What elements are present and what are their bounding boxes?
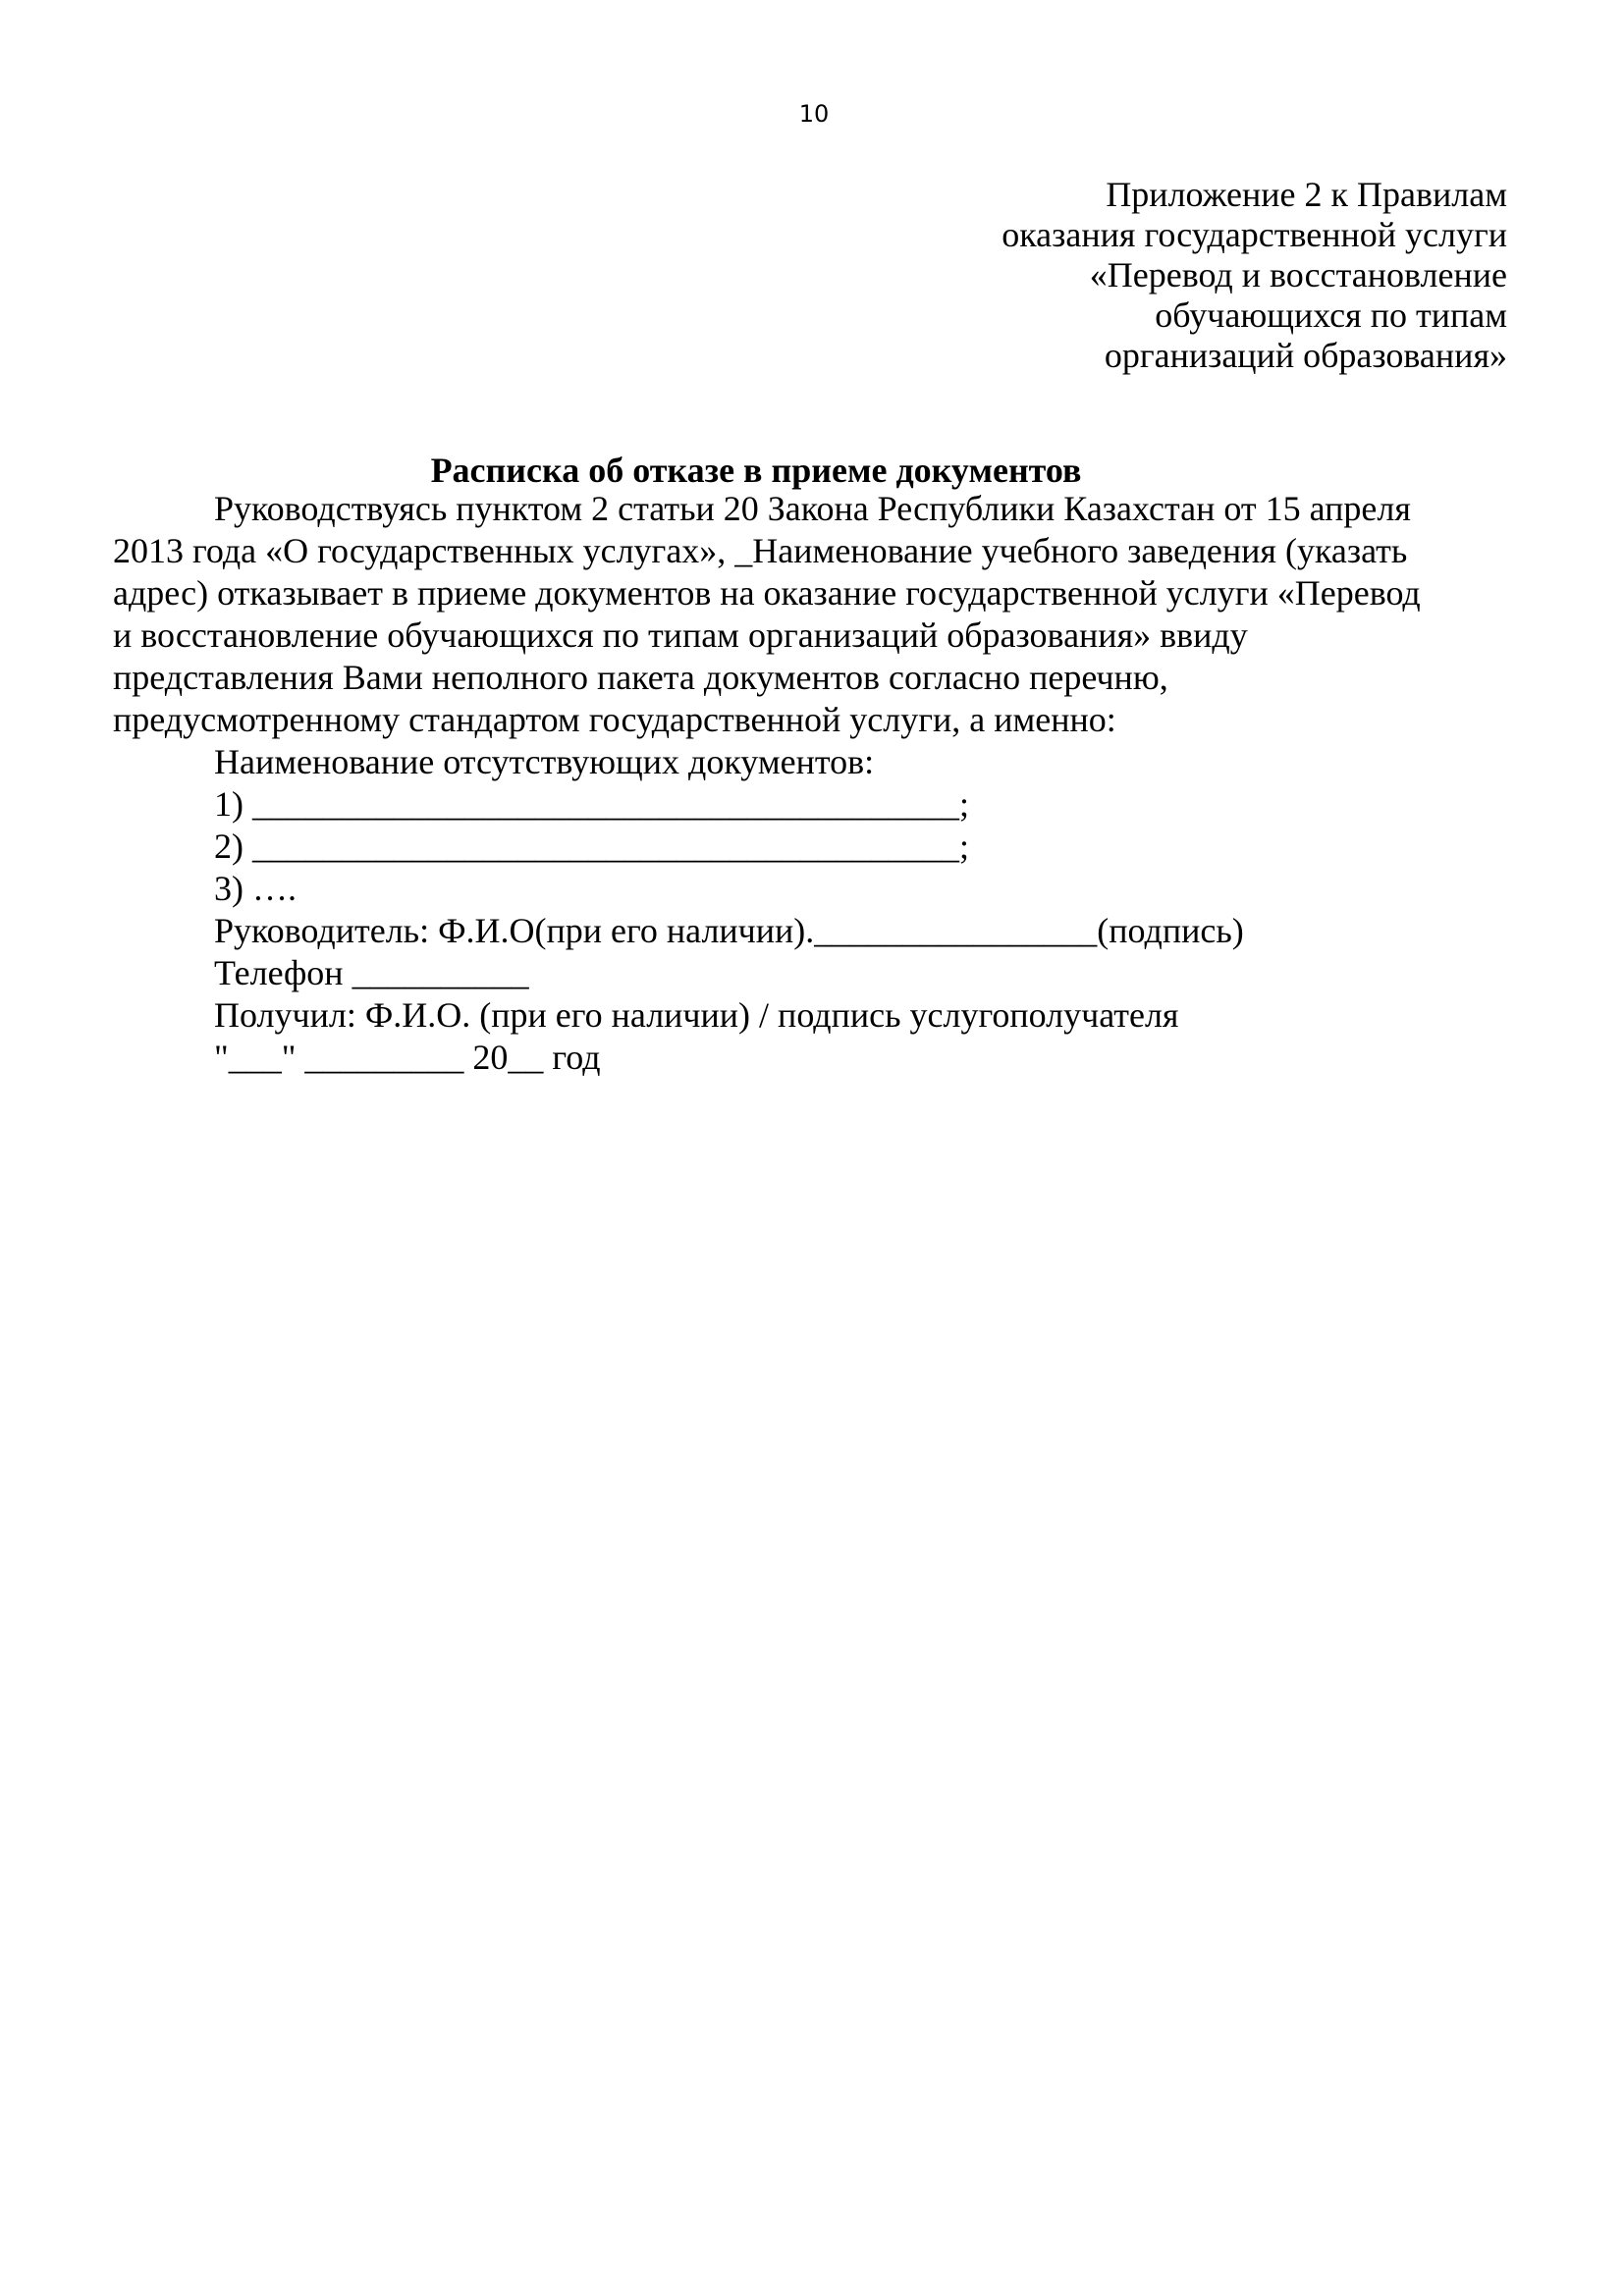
appendix-line: Приложение 2 к Правилам xyxy=(1001,175,1507,215)
document-body: Руководствуясь пунктом 2 статьи 20 Закон… xyxy=(113,488,1517,1079)
paragraph-line: Руководствуясь пунктом 2 статьи 20 Закон… xyxy=(113,488,1517,530)
document-title: Расписка об отказе в приеме документов xyxy=(0,450,1512,491)
missing-doc-item: 1) _____________________________________… xyxy=(113,783,1517,826)
paragraph-line: адрес) отказывает в приеме документов на… xyxy=(113,572,1517,614)
received-line: Получил: Ф.И.О. (при его наличии) / подп… xyxy=(113,994,1517,1037)
appendix-line: «Перевод и восстановление xyxy=(1001,255,1507,295)
appendix-reference: Приложение 2 к Правилам оказания государ… xyxy=(1001,175,1507,376)
paragraph-line: и восстановление обучающихся по типам ор… xyxy=(113,614,1517,657)
missing-doc-item: 3) …. xyxy=(113,868,1517,910)
appendix-line: организаций образования» xyxy=(1001,336,1507,376)
paragraph-line: 2013 года «О государственных услугах», _… xyxy=(113,530,1517,572)
paragraph-line: предусмотренному стандартом государствен… xyxy=(113,699,1517,741)
paragraph-line: представления Вами неполного пакета доку… xyxy=(113,657,1517,699)
head-signature-line: Руководитель: Ф.И.О(при его наличии).___… xyxy=(113,910,1517,952)
page-number: 10 xyxy=(0,98,1624,130)
date-line: "___" _________ 20__ год xyxy=(113,1037,1517,1079)
phone-line: Телефон __________ xyxy=(113,952,1517,994)
appendix-line: оказания государственной услуги xyxy=(1001,215,1507,255)
missing-docs-heading: Наименование отсутствующих документов: xyxy=(113,741,1517,783)
appendix-line: обучающихся по типам xyxy=(1001,295,1507,336)
missing-doc-item: 2) _____________________________________… xyxy=(113,826,1517,868)
